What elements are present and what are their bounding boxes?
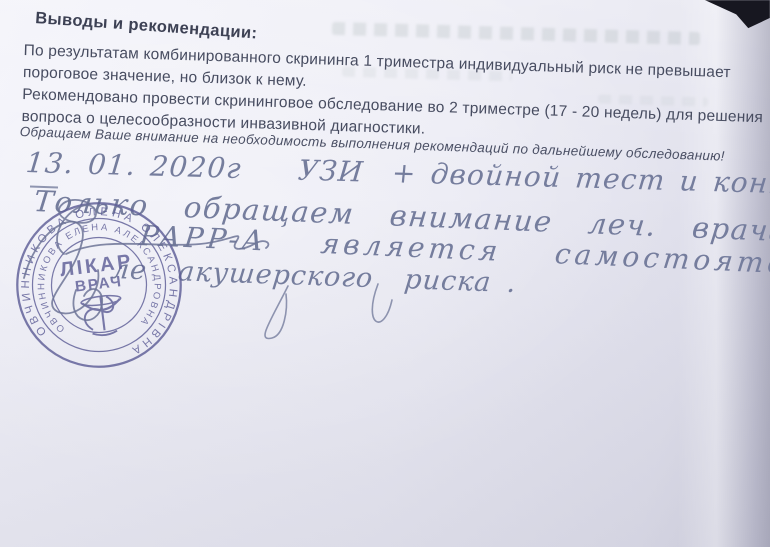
section-title: Выводы и рекомендации: xyxy=(35,9,258,43)
photo-corner-shadow xyxy=(695,0,770,32)
bleed-through-marks xyxy=(332,22,700,45)
signature xyxy=(4,182,334,342)
document-photo: Выводы и рекомендации: По результатам ко… xyxy=(0,0,770,547)
